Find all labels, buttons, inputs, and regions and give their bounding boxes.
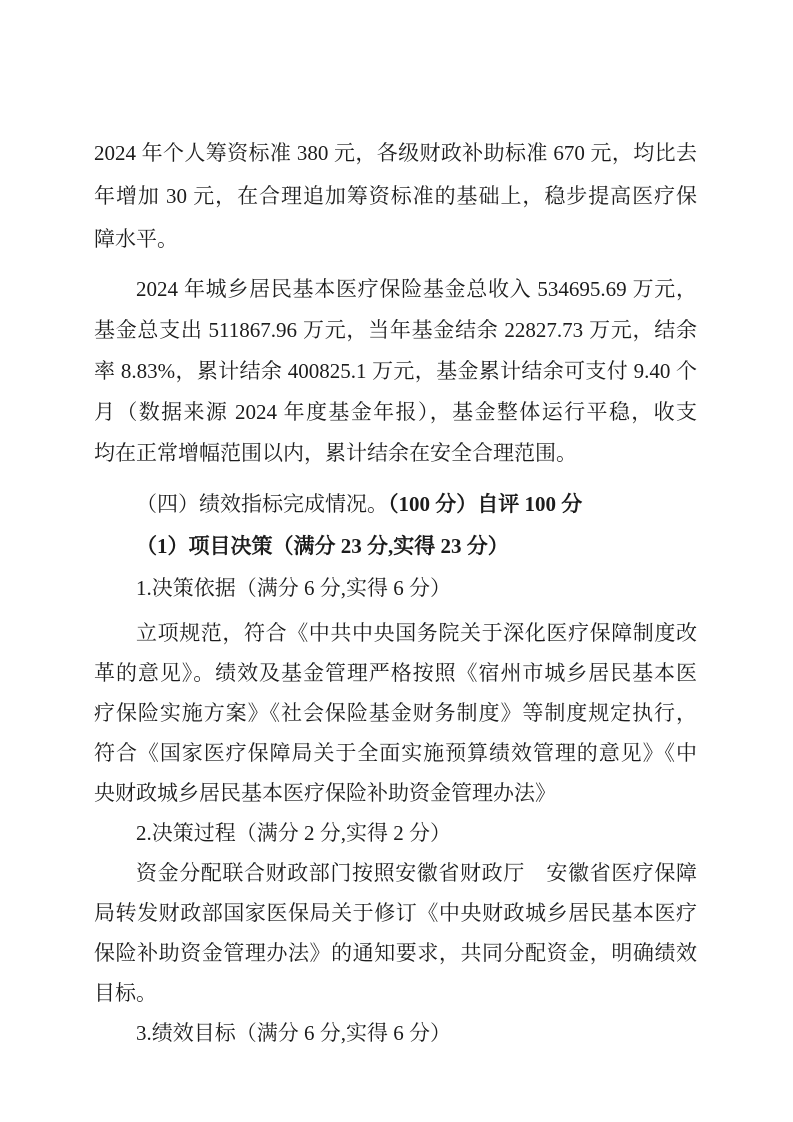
body-text-line: 基金总支出 511867.96 万元，当年基金结余 22827.73 万元，结余 <box>94 310 697 351</box>
item-text-line: 3.绩效目标（满分 6 分,实得 6 分） <box>94 1013 697 1053</box>
body-text-line: 目标。 <box>94 973 697 1013</box>
body-text-line: 均在正常增幅范围以内，累计结余在安全合理范围。 <box>94 433 697 474</box>
item-performance-target: 3.绩效目标（满分 6 分,实得 6 分） <box>94 1013 697 1053</box>
body-text-line: 符合《国家医疗保障局关于全面实施预算绩效管理的意见》《中 <box>94 733 697 773</box>
body-text-line: 2024 年城乡居民基本医疗保险基金总收入 534695.69 万元， <box>94 269 697 310</box>
heading-section-title: （四）绩效指标完成情况。 <box>136 492 388 516</box>
body-text-line: 年增加 30 元，在合理追加筹资标准的基础上，稳步提高医疗保 <box>94 175 697 218</box>
item-text-line: 1.决策依据（满分 6 分,实得 6 分） <box>94 567 697 609</box>
paragraph-fund-allocation: 资金分配联合财政部门按照安徽省财政厅 安徽省医疗保障 局转发财政部国家医保局关于… <box>94 853 697 1013</box>
heading-line: （1）项目决策（满分 23 分,实得 23 分） <box>94 525 697 567</box>
heading-performance-indicators: （四）绩效指标完成情况。（100 分）自评 100 分 <box>94 483 697 525</box>
body-text-line: 疗保险实施方案》《社会保险基金财务制度》等制度规定执行， <box>94 693 697 733</box>
paragraph-fund-revenue: 2024 年城乡居民基本医疗保险基金总收入 534695.69 万元， 基金总支… <box>94 269 697 474</box>
body-text-line: 资金分配联合财政部门按照安徽省财政厅 安徽省医疗保障 <box>94 853 697 893</box>
body-text-line: 率 8.83%，累计结余 400825.1 万元，基金累计结余可支付 9.40 … <box>94 351 697 392</box>
body-text-line: 月（数据来源 2024 年度基金年报），基金整体运行平稳，收支 <box>94 392 697 433</box>
body-text-line: 2024 年个人筹资标准 380 元，各级财政补助标准 670 元，均比去 <box>94 132 697 175</box>
body-text-line: 局转发财政部国家医保局关于修订《中央财政城乡居民基本医疗 <box>94 893 697 933</box>
body-text-line: 立项规范，符合《中共中央国务院关于深化医疗保障制度改 <box>94 613 697 653</box>
document-page: 2024 年个人筹资标准 380 元，各级财政补助标准 670 元，均比去 年增… <box>0 0 793 1122</box>
item-decision-basis: 1.决策依据（满分 6 分,实得 6 分） <box>94 567 697 609</box>
body-text-line: 障水平。 <box>94 218 697 261</box>
body-text-line: 央财政城乡居民基本医疗保险补助资金管理办法》 <box>94 773 697 813</box>
paragraph-decision-basis-detail: 立项规范，符合《中共中央国务院关于深化医疗保障制度改 革的意见》。绩效及基金管理… <box>94 613 697 813</box>
heading-line: （四）绩效指标完成情况。（100 分）自评 100 分 <box>94 483 697 525</box>
item-decision-process: 2.决策过程（满分 2 分,实得 2 分） <box>94 813 697 853</box>
heading-section-score: （100 分）自评 100 分 <box>388 492 582 516</box>
heading-project-decision: （1）项目决策（满分 23 分,实得 23 分） <box>94 525 697 567</box>
body-text-line: 革的意见》。绩效及基金管理严格按照《宿州市城乡居民基本医 <box>94 653 697 693</box>
body-text-line: 保险补助资金管理办法》的通知要求，共同分配资金，明确绩效 <box>94 933 697 973</box>
item-text-line: 2.决策过程（满分 2 分,实得 2 分） <box>94 813 697 853</box>
paragraph-funding-standard: 2024 年个人筹资标准 380 元，各级财政补助标准 670 元，均比去 年增… <box>94 132 697 261</box>
